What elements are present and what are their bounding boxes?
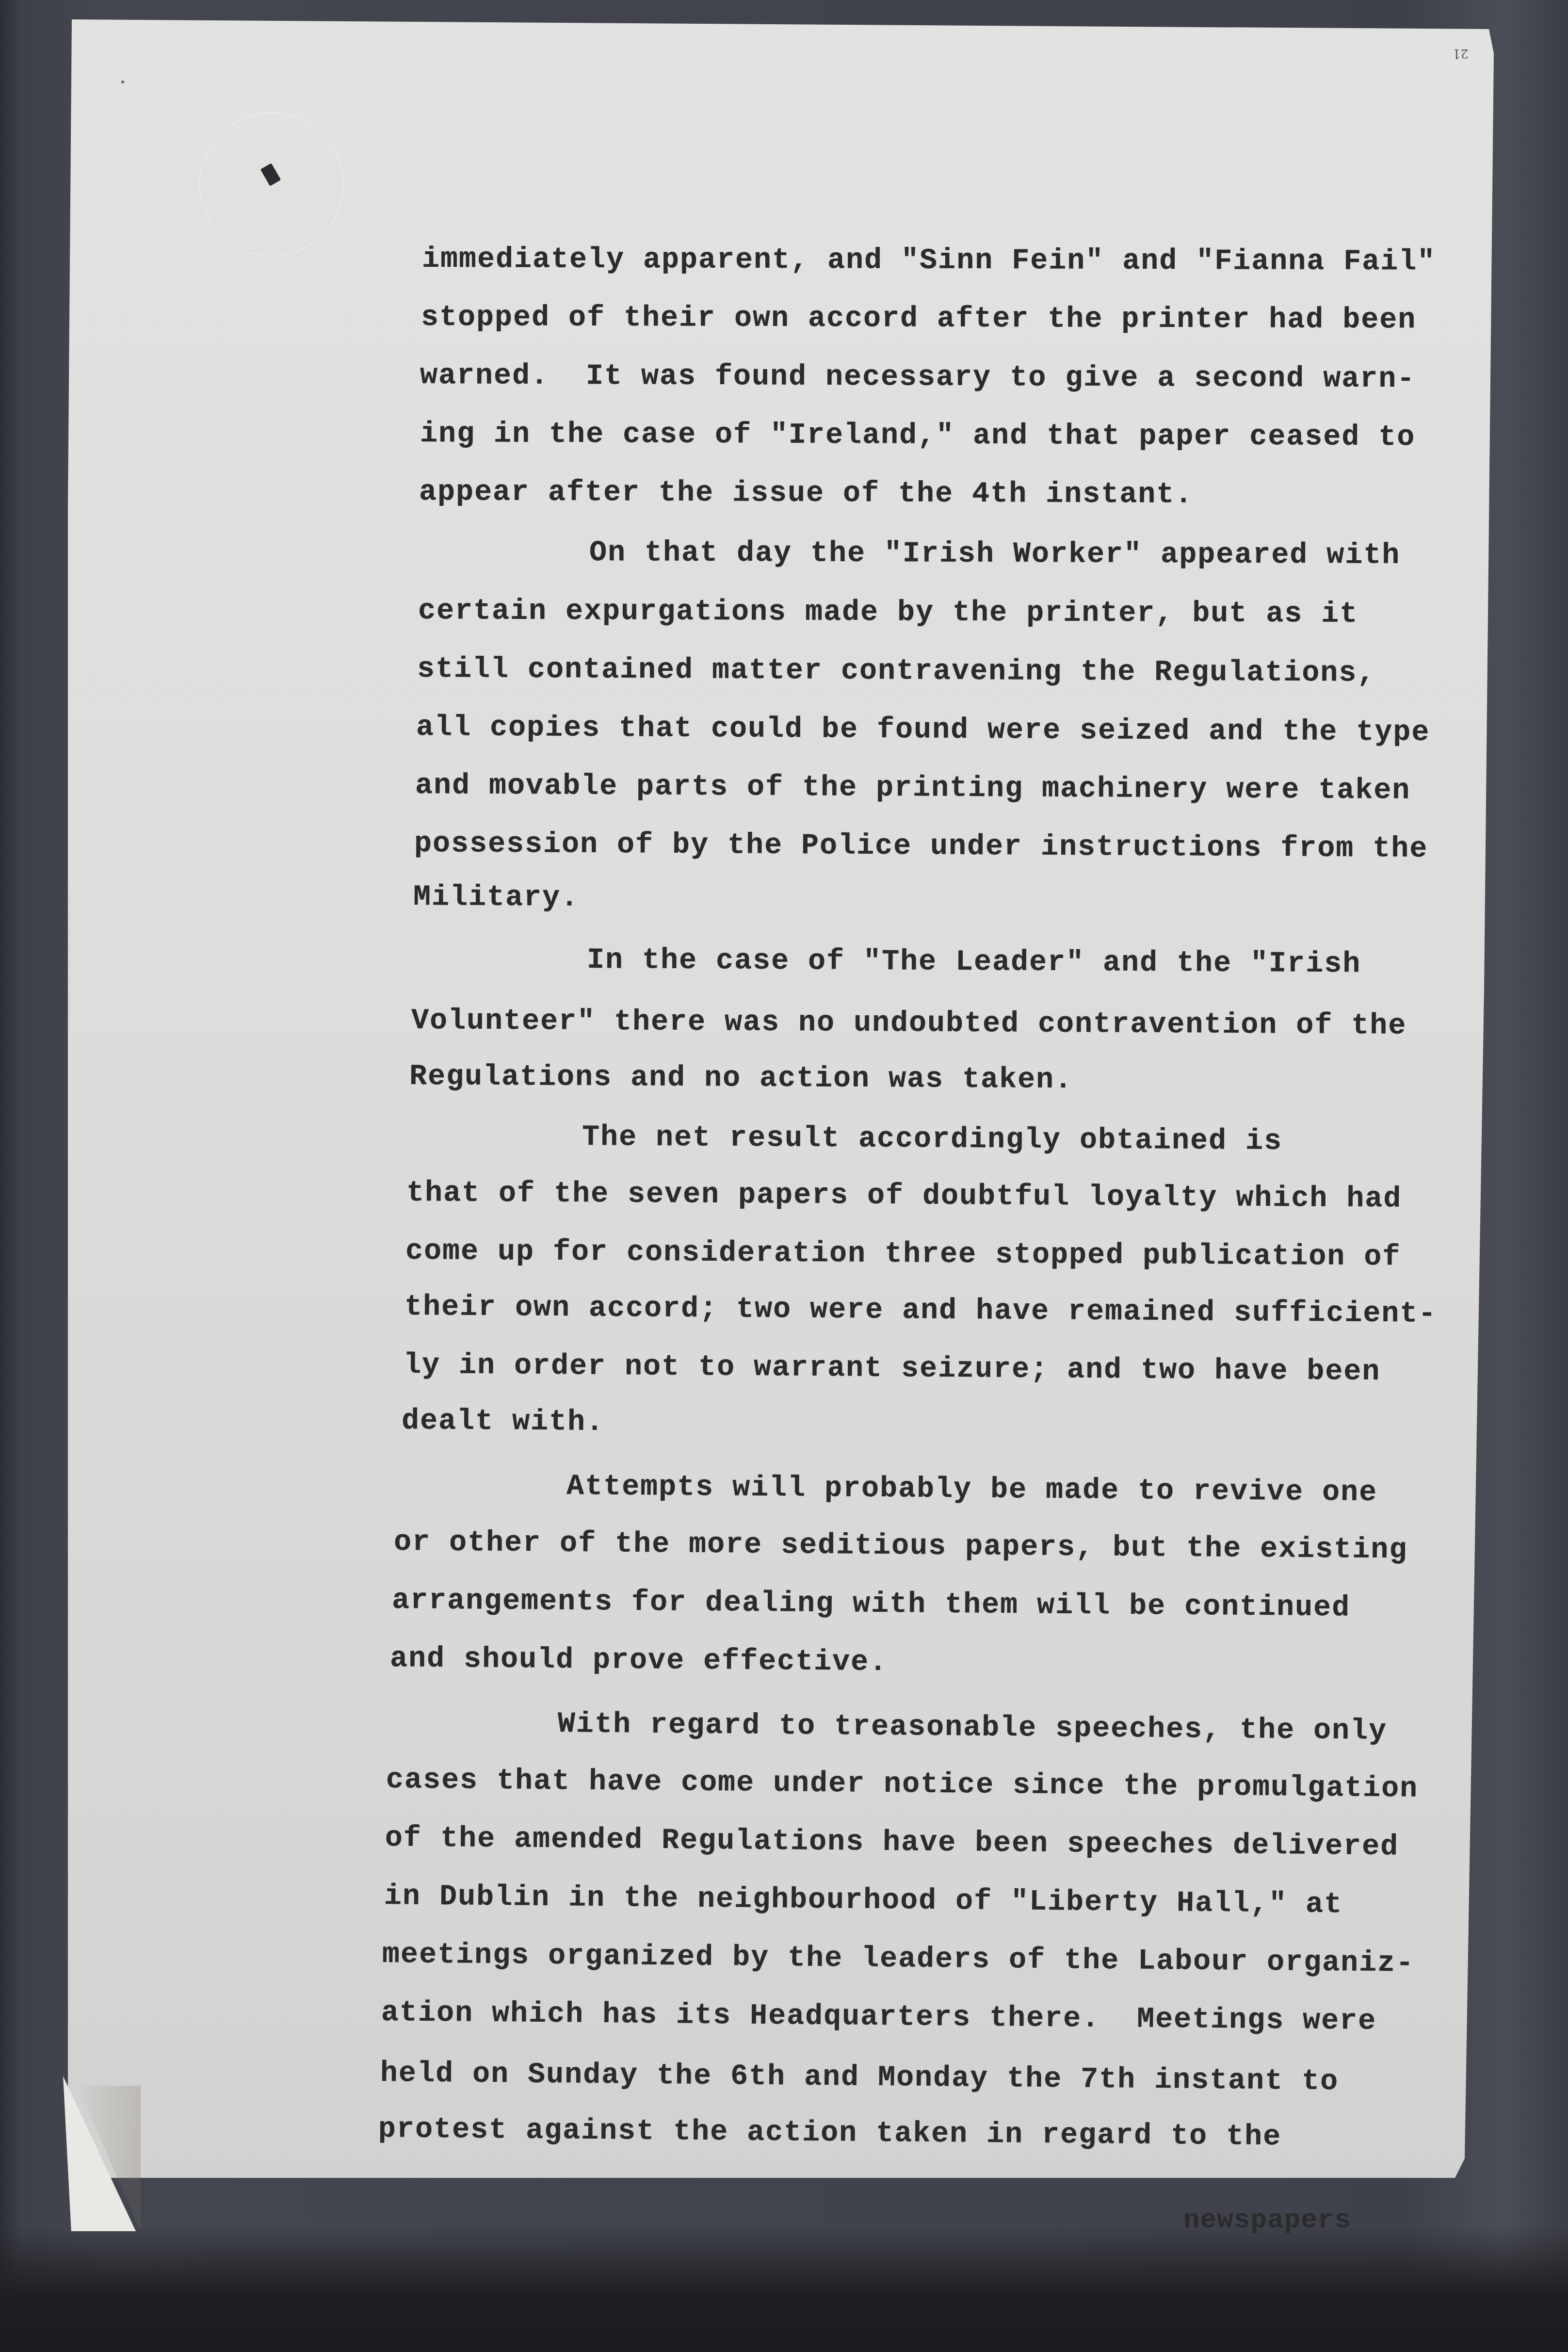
paragraph-first-line: Attempts will probably be made to revive… (566, 1470, 1378, 1510)
paragraph-first-line: In the case of "The Leader" and the "Iri… (587, 943, 1361, 981)
paragraph-line: stopped of their own accord after the pr… (421, 301, 1417, 337)
paragraph-line: dealt with. (402, 1404, 605, 1440)
paragraph-line: appear after the issue of the 4th instan… (419, 475, 1193, 512)
paragraph-line: that of the seven papers of doubtful loy… (406, 1176, 1402, 1217)
paragraph-line: still contained matter contravening the … (417, 652, 1376, 691)
paragraph-line: certain expurgations made by the printer… (418, 594, 1358, 632)
paragraph-line: all copies that could be found were seiz… (416, 711, 1430, 750)
paragraph-first-line: The net result accordingly obtained is (582, 1120, 1283, 1159)
paragraph-line: Military. (413, 880, 579, 915)
paragraph-line: ing in the case of "Ireland," and that p… (420, 417, 1416, 454)
paragraph-line: their own accord; two were and have rema… (404, 1290, 1437, 1331)
page-number: 21 (1453, 46, 1469, 61)
paragraph-first-line: With regard to treasonable speeches, the… (558, 1707, 1388, 1749)
paragraph-line: warned. It was found necessary to give a… (420, 359, 1416, 396)
paragraph-line: and movable parts of the printing machin… (415, 769, 1411, 808)
catchword: newspapers (1183, 2205, 1351, 2236)
paragraph-first-line: On that day the "Irish Worker" appeared … (589, 536, 1400, 573)
paragraph-line: and should prove effective. (390, 1642, 888, 1680)
paragraph-line: possession of by the Police under instru… (414, 827, 1428, 866)
paragraph-line: Volunteer" there was no undoubted contra… (411, 1004, 1407, 1043)
paper-speck (121, 81, 124, 83)
paragraph-first-line: immediately apparent, and "Sinn Fein" an… (422, 243, 1436, 279)
paragraph-line: Regulations and no action was taken. (409, 1060, 1073, 1097)
paragraph-line: come up for consideration three stopped … (405, 1234, 1401, 1275)
paragraph-line: ly in order not to warrant seizure; and … (404, 1348, 1381, 1389)
